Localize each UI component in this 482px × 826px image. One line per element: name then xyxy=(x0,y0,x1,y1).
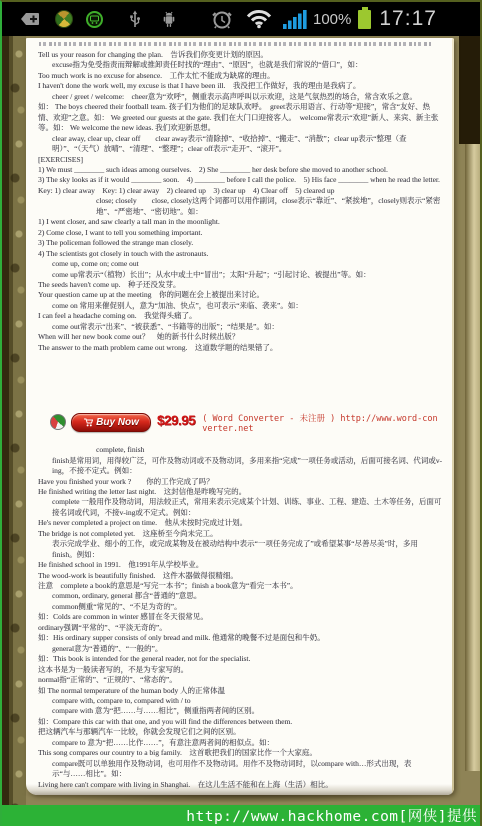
document-viewer: Tell us your reason for changing the pla… xyxy=(2,36,480,805)
clock: 17:17 xyxy=(379,7,437,31)
usb-icon xyxy=(129,10,141,28)
text-line: 如：His ordinary supper consists of only b… xyxy=(38,633,442,643)
android-debug-icon xyxy=(161,11,177,28)
text-line: come out常表示“出来”、“被获悉”、“书籍等的出版”；“结果是”。如： xyxy=(38,322,442,332)
text-line: I haven't done the work well, my excuse … xyxy=(38,81,442,91)
text-line: close; closely close, closely这两个词都可以用作副词… xyxy=(38,196,442,217)
battery-percent: 100% xyxy=(313,11,351,28)
text-line: 如 The normal temperature of the human bo… xyxy=(38,686,442,696)
text-line: The bridge is not completed yet. 这座桥至今尚未… xyxy=(38,529,442,539)
text-line: clear away, clear up, clear off clear aw… xyxy=(38,134,442,155)
text-line: 表示完成学业、细小的工作，或完成某物及在被动结构中表示“一项任务完成了”或希望某… xyxy=(38,539,442,560)
text-line: complete 一般用作及物动词，用法较正式，常用来表示完成某个计划、训练、事… xyxy=(38,497,442,518)
text-line: 如：Compare this car with that one, and yo… xyxy=(38,717,442,727)
text-line: compare to 意为“把……比作……”，有意注意两者间的相似点。如： xyxy=(38,738,442,748)
text-line: common侧重“常见的”、“不足为奇的”。 xyxy=(38,602,442,612)
text-line: finish是常用词，用得较广泛，可作及物动词或不及物动词，多用来指“完成”一项… xyxy=(38,456,442,477)
text-line: come on 常用来催促别人，意为“加油、快点”，也可表示“来临、袭来”。如： xyxy=(38,301,442,311)
section-gap xyxy=(38,353,442,411)
text-line: ordinary强调“平常的”、“平淡无奇的”。 xyxy=(38,623,442,633)
text-line: The wood-work is beautifully finished. 这… xyxy=(38,571,442,581)
watermark-link[interactable]: ( Word Converter - 未注册 ) http://www.word… xyxy=(202,414,442,434)
text-line: 如： The boys cheered their football team.… xyxy=(38,102,442,133)
text-line: 这本书是为一般读者写的，不是为专家写的。 xyxy=(38,665,442,675)
background-texture-left xyxy=(2,36,26,805)
text-line: When will her new book come out？ 她的新书什么时… xyxy=(38,332,442,342)
text-line: The answer to the math problem came out … xyxy=(38,343,442,353)
credit-text: http://www.hackhome.com[网侠]提供 xyxy=(186,805,477,826)
text-line: Have you finished your work ? 你的工作完成了吗？ xyxy=(38,477,442,487)
wifi-icon xyxy=(246,9,272,29)
clipped-text-line xyxy=(39,42,432,46)
transit-app-icon xyxy=(86,11,103,28)
background-dark-corner xyxy=(459,36,480,144)
document-lines-top: Tell us your reason for changing the pla… xyxy=(38,50,442,353)
text-line: 3) The policeman followed the strange ma… xyxy=(38,238,442,248)
text-line: He's never completed a project on time. … xyxy=(38,518,442,528)
watermark-ad-row: Buy Now $29.95 ( Word Converter - 未注册 ) … xyxy=(50,411,442,441)
cart-icon xyxy=(83,418,93,427)
battery-icon xyxy=(358,10,371,29)
document-lines-bottom: complete, finishfinish是常用词，用得较广泛，可作及物动词或… xyxy=(38,445,442,790)
app-icon xyxy=(55,10,73,28)
text-line: compare with 意为“把……与……相比”，侧重指两者间的区别。 xyxy=(38,706,442,716)
text-line: 如：This book is intended for the general … xyxy=(38,654,442,664)
text-line: [EXERCISES] xyxy=(38,155,442,165)
buy-now-label: Buy Now xyxy=(96,417,139,428)
text-line: 1) We must ________ such ideas among our… xyxy=(38,165,442,175)
text-line: 注意 complete a book的意思是“写完一本书”；finish a b… xyxy=(38,581,442,591)
text-line: common, ordinary, general 都含“普通的”意思。 xyxy=(38,591,442,601)
text-line: general意为“普通的”、“一般的”。 xyxy=(38,644,442,654)
text-line: come up, come on; come out xyxy=(38,259,442,269)
alarm-icon xyxy=(211,9,233,29)
text-line: 如：Colds are common in winter 感冒在冬天很常见。 xyxy=(38,612,442,622)
text-line: This song compares our country to a big … xyxy=(38,748,442,758)
text-line: Tell us your reason for changing the pla… xyxy=(38,50,442,60)
page-stack-edge xyxy=(465,144,480,771)
text-line: Living here can't compare with living in… xyxy=(38,780,442,790)
text-line: 3) The sky looks as if it would ________… xyxy=(38,175,442,196)
signal-strength-icon xyxy=(283,9,309,29)
buy-now-button[interactable]: Buy Now xyxy=(71,413,151,432)
text-line: normal指“正常的”、“正规的”、“常态的”。 xyxy=(38,675,442,685)
text-line: I can feel a headache coming on. 我觉得头痛了。 xyxy=(38,311,442,321)
text-line: excuse指为免受指责而辩解或推卸责任时找的“理由”、“原因”，也就是我们常说… xyxy=(38,60,442,70)
text-line: come up常表示“（植物）长出”；从水中或土中“冒出”；太阳“升起”；“引起… xyxy=(38,270,442,280)
price-label: $29.95 xyxy=(157,413,195,428)
text-line: He finished school in 1991. 他1991年从学校毕业。 xyxy=(38,560,442,570)
text-line: 1) I went closer, and saw clearly a tall… xyxy=(38,217,442,227)
status-bar: 100% 17:17 xyxy=(2,2,480,36)
text-line: cheer / greet / welcome: cheer意为“欢呼”，侧重表… xyxy=(38,92,442,102)
text-line: The seeds haven't come up. 种子还没发芽。 xyxy=(38,280,442,290)
text-line: 4) The scientists got closely in touch w… xyxy=(38,249,442,259)
credit-bar: http://www.hackhome.com[网侠]提供 xyxy=(2,805,480,826)
text-line: 2) Come close, I want to tell you someth… xyxy=(38,228,442,238)
text-line: 把这辆汽车与那辆汽车一比较，你就会发现它们之间的区别。 xyxy=(38,727,442,737)
phone-screen: 100% 17:17 Tell us your reason for chang… xyxy=(0,0,482,826)
text-line: compare with, compare to, compared with … xyxy=(38,696,442,706)
text-line: compare既可以单独用作及物动词，也可用作不及物动词。用作不及物动词时，以c… xyxy=(38,759,442,780)
word-converter-logo-icon xyxy=(50,414,66,430)
document-page[interactable]: Tell us your reason for changing the pla… xyxy=(26,38,454,795)
text-line: Your question came up at the meeting 你的问… xyxy=(38,290,442,300)
text-line: He finished writing the letter last nigh… xyxy=(38,487,442,497)
battery-saver-icon xyxy=(20,12,40,26)
text-line: complete, finish xyxy=(38,445,442,455)
text-line: Too much work is no excuse for absence. … xyxy=(38,71,442,81)
